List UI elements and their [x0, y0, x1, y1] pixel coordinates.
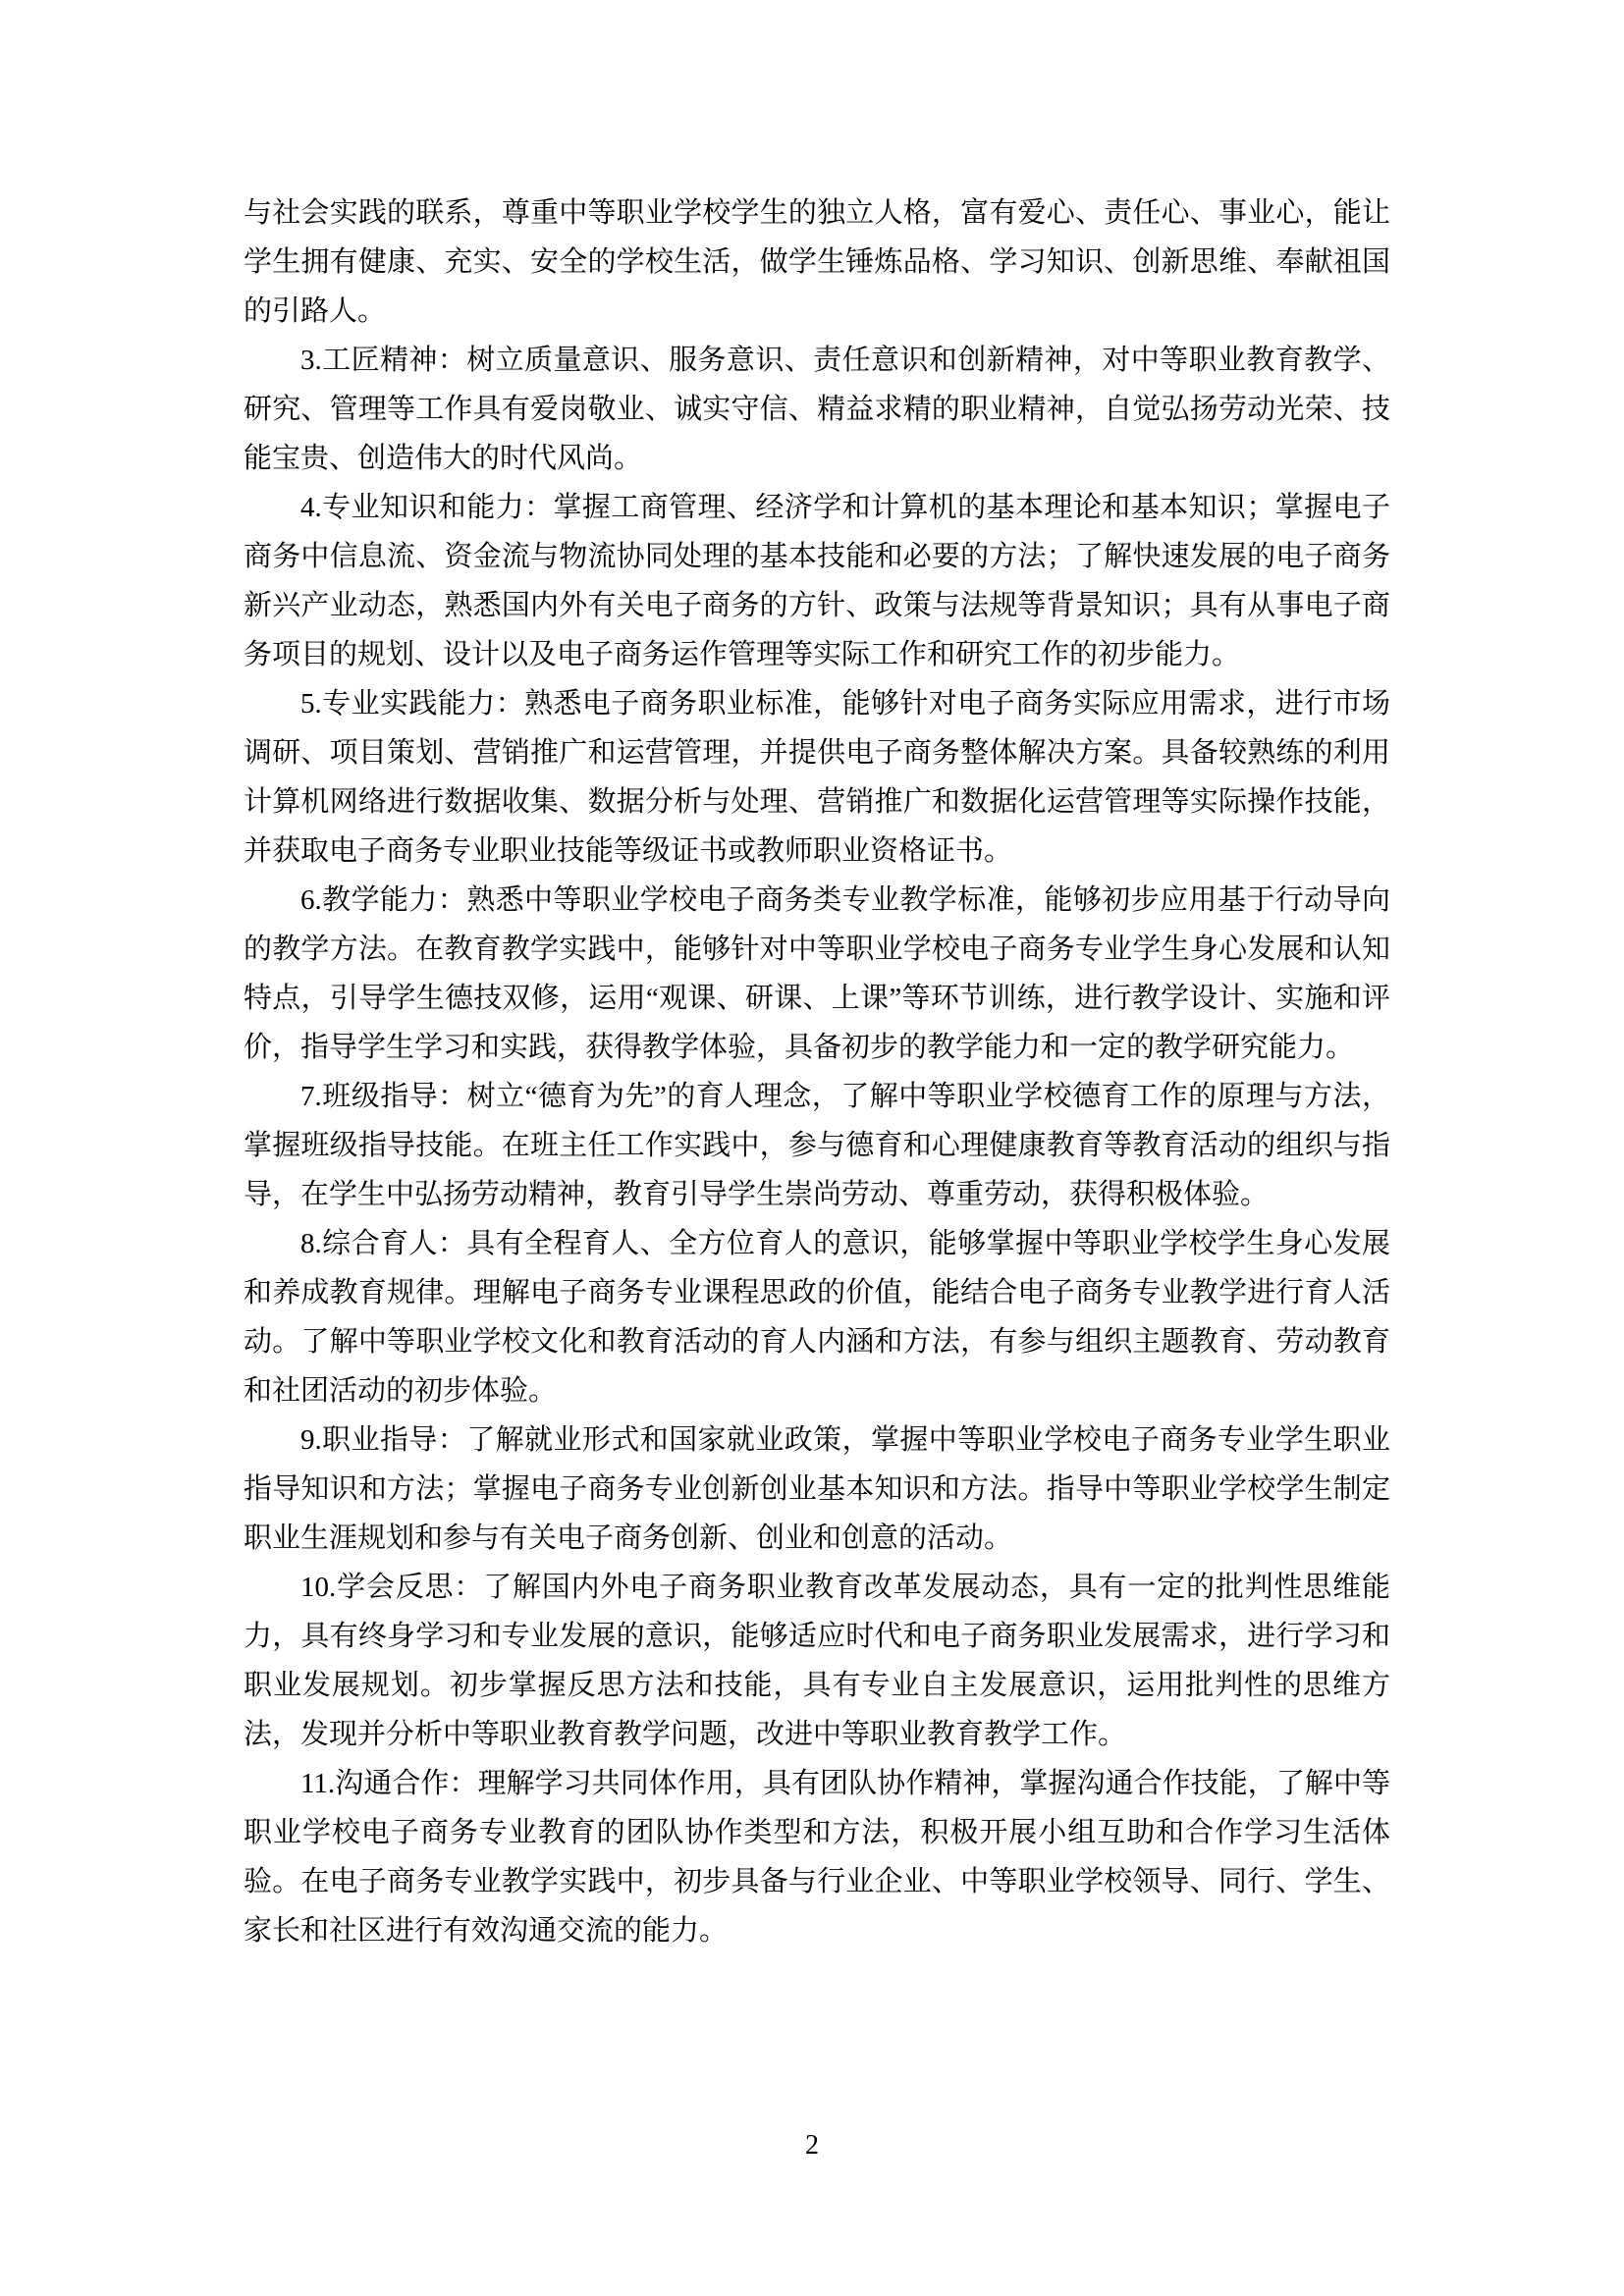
paragraph: 7.班级指导：树立“德育为先”的育人理念，了解中等职业学校德育工作的原理与方法，… — [244, 1072, 1390, 1219]
paragraph: 6.教学能力：熟悉中等职业学校电子商务类专业教学标准，能够初步应用基于行动导向的… — [244, 876, 1390, 1072]
paragraph: 8.综合育人：具有全程育人、全方位育人的意识，能够掌握中等职业学校学生身心发展和… — [244, 1219, 1390, 1415]
page-number: 2 — [0, 2130, 1624, 2162]
paragraph: 与社会实践的联系，尊重中等职业学校学生的独立人格，富有爱心、责任心、事业心，能让… — [244, 188, 1390, 336]
paragraph: 4.专业知识和能力：掌握工商管理、经济学和计算机的基本理论和基本知识；掌握电子商… — [244, 483, 1390, 679]
paragraph: 10.学会反思：了解国内外电子商务职业教育改革发展动态，具有一定的批判性思维能力… — [244, 1563, 1390, 1759]
document-page: 与社会实践的联系，尊重中等职业学校学生的独立人格，富有爱心、责任心、事业心，能让… — [0, 0, 1624, 2296]
paragraph: 3.工匠精神：树立质量意识、服务意识、责任意识和创新精神，对中等职业教育教学、研… — [244, 336, 1390, 483]
paragraph: 11.沟通合作：理解学习共同体作用，具有团队协作精神，掌握沟通合作技能，了解中等… — [244, 1759, 1390, 1955]
paragraph: 9.职业指导：了解就业形式和国家就业政策，掌握中等职业学校电子商务专业学生职业指… — [244, 1415, 1390, 1563]
document-body: 与社会实践的联系，尊重中等职业学校学生的独立人格，富有爱心、责任心、事业心，能让… — [244, 188, 1390, 1955]
paragraph: 5.专业实践能力：熟悉电子商务职业标准，能够针对电子商务实际应用需求，进行市场调… — [244, 679, 1390, 876]
